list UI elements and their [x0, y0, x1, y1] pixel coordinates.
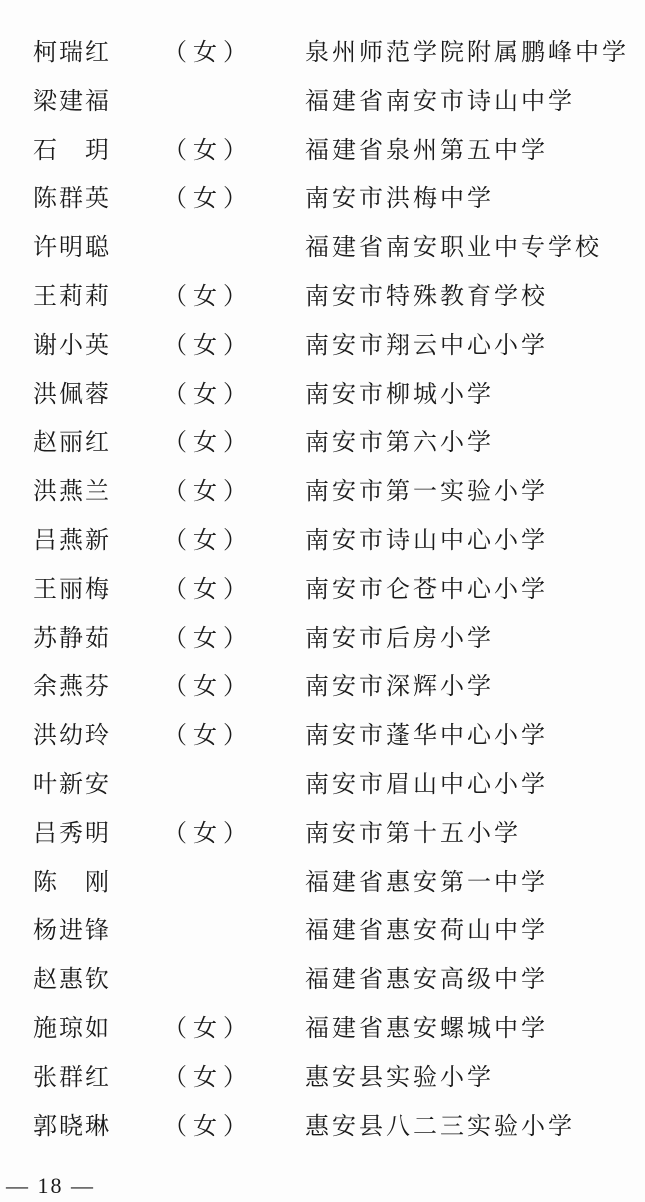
person-name: 梁建福 — [33, 77, 133, 126]
person-name: 郭晓琳 — [33, 1102, 133, 1151]
school-name: 福建省惠安高级中学 — [305, 955, 548, 1004]
person-name: 洪燕兰 — [33, 467, 133, 516]
school-name: 南安市第一实验小学 — [305, 467, 548, 516]
gender-note: （女） — [163, 711, 253, 760]
person-name: 陈 刚 — [33, 858, 133, 907]
school-name: 惠安县八二三实验小学 — [305, 1102, 575, 1151]
person-name: 陈群英 — [33, 174, 133, 223]
person-name: 石 玥 — [33, 126, 133, 175]
school-name: 南安市柳城小学 — [305, 370, 494, 419]
gender-note: （女） — [163, 418, 253, 467]
gender-note: （女） — [163, 516, 253, 565]
person-name: 王丽梅 — [33, 565, 133, 614]
person-name: 赵惠钦 — [33, 955, 133, 1004]
list-item: 谢小英 （女） 南安市翔云中心小学 — [0, 321, 645, 370]
list-item: 吕燕新 （女） 南安市诗山中心小学 — [0, 516, 645, 565]
gender-note: （女） — [163, 467, 253, 516]
school-name: 福建省惠安螺城中学 — [305, 1004, 548, 1053]
person-name: 施琼如 — [33, 1004, 133, 1053]
list-item: 洪佩蓉 （女） 南安市柳城小学 — [0, 370, 645, 419]
school-name: 福建省惠安荷山中学 — [305, 906, 548, 955]
school-name: 福建省泉州第五中学 — [305, 126, 548, 175]
person-name: 杨进锋 — [33, 906, 133, 955]
school-name: 南安市洪梅中学 — [305, 174, 494, 223]
school-name: 南安市特殊教育学校 — [305, 272, 548, 321]
person-name: 叶新安 — [33, 760, 133, 809]
list-item: 余燕芬 （女） 南安市深辉小学 — [0, 662, 645, 711]
person-name: 柯瑞红 — [33, 28, 133, 77]
list-item: 许明聪 福建省南安职业中专学校 — [0, 223, 645, 272]
person-name: 谢小英 — [33, 321, 133, 370]
gender-note: （女） — [163, 126, 253, 175]
school-name: 南安市翔云中心小学 — [305, 321, 548, 370]
list-item: 赵惠钦 福建省惠安高级中学 — [0, 955, 645, 1004]
gender-note: （女） — [163, 370, 253, 419]
list-item: 王丽梅 （女） 南安市仑苍中心小学 — [0, 565, 645, 614]
person-name: 吕秀明 — [33, 809, 133, 858]
school-name: 南安市仑苍中心小学 — [305, 565, 548, 614]
document-page: 柯瑞红 （女） 泉州师范学院附属鹏峰中学 梁建福 福建省南安市诗山中学 石 玥 … — [0, 0, 645, 1202]
person-name: 赵丽红 — [33, 418, 133, 467]
school-name: 福建省南安职业中专学校 — [305, 223, 602, 272]
gender-note: （女） — [163, 662, 253, 711]
gender-note: （女） — [163, 1053, 253, 1102]
list-item: 王莉莉 （女） 南安市特殊教育学校 — [0, 272, 645, 321]
school-name: 福建省惠安第一中学 — [305, 858, 548, 907]
list-item: 杨进锋 福建省惠安荷山中学 — [0, 906, 645, 955]
person-name: 张群红 — [33, 1053, 133, 1102]
school-name: 南安市诗山中心小学 — [305, 516, 548, 565]
person-name: 余燕芬 — [33, 662, 133, 711]
list-item: 赵丽红 （女） 南安市第六小学 — [0, 418, 645, 467]
list-item: 郭晓琳 （女） 惠安县八二三实验小学 — [0, 1102, 645, 1151]
list-item: 吕秀明 （女） 南安市第十五小学 — [0, 809, 645, 858]
school-name: 福建省南安市诗山中学 — [305, 77, 575, 126]
school-name: 南安市第十五小学 — [305, 809, 521, 858]
list-item: 苏静茹 （女） 南安市后房小学 — [0, 614, 645, 663]
gender-note: （女） — [163, 174, 253, 223]
person-name: 吕燕新 — [33, 516, 133, 565]
school-name: 惠安县实验小学 — [305, 1053, 494, 1102]
school-name: 南安市眉山中心小学 — [305, 760, 548, 809]
list-item: 张群红 （女） 惠安县实验小学 — [0, 1053, 645, 1102]
person-name: 王莉莉 — [33, 272, 133, 321]
awardee-list: 柯瑞红 （女） 泉州师范学院附属鹏峰中学 梁建福 福建省南安市诗山中学 石 玥 … — [0, 28, 645, 1150]
gender-note: （女） — [163, 272, 253, 321]
school-name: 泉州师范学院附属鹏峰中学 — [305, 28, 629, 77]
school-name: 南安市后房小学 — [305, 614, 494, 663]
person-name: 洪佩蓉 — [33, 370, 133, 419]
gender-note: （女） — [163, 1102, 253, 1151]
list-item: 洪燕兰 （女） 南安市第一实验小学 — [0, 467, 645, 516]
list-item: 梁建福 福建省南安市诗山中学 — [0, 77, 645, 126]
list-item: 石 玥 （女） 福建省泉州第五中学 — [0, 126, 645, 175]
list-item: 柯瑞红 （女） 泉州师范学院附属鹏峰中学 — [0, 28, 645, 77]
gender-note: （女） — [163, 565, 253, 614]
gender-note: （女） — [163, 1004, 253, 1053]
gender-note: （女） — [163, 28, 253, 77]
school-name: 南安市第六小学 — [305, 418, 494, 467]
list-item: 陈 刚 福建省惠安第一中学 — [0, 858, 645, 907]
person-name: 洪幼玲 — [33, 711, 133, 760]
list-item: 洪幼玲 （女） 南安市蓬华中心小学 — [0, 711, 645, 760]
person-name: 苏静茹 — [33, 614, 133, 663]
person-name: 许明聪 — [33, 223, 133, 272]
list-item: 叶新安 南安市眉山中心小学 — [0, 760, 645, 809]
gender-note: （女） — [163, 321, 253, 370]
school-name: 南安市蓬华中心小学 — [305, 711, 548, 760]
gender-note: （女） — [163, 614, 253, 663]
school-name: 南安市深辉小学 — [305, 662, 494, 711]
list-item: 施琼如 （女） 福建省惠安螺城中学 — [0, 1004, 645, 1053]
gender-note: （女） — [163, 809, 253, 858]
page-number: — 18 — — [6, 1170, 95, 1202]
list-item: 陈群英 （女） 南安市洪梅中学 — [0, 174, 645, 223]
